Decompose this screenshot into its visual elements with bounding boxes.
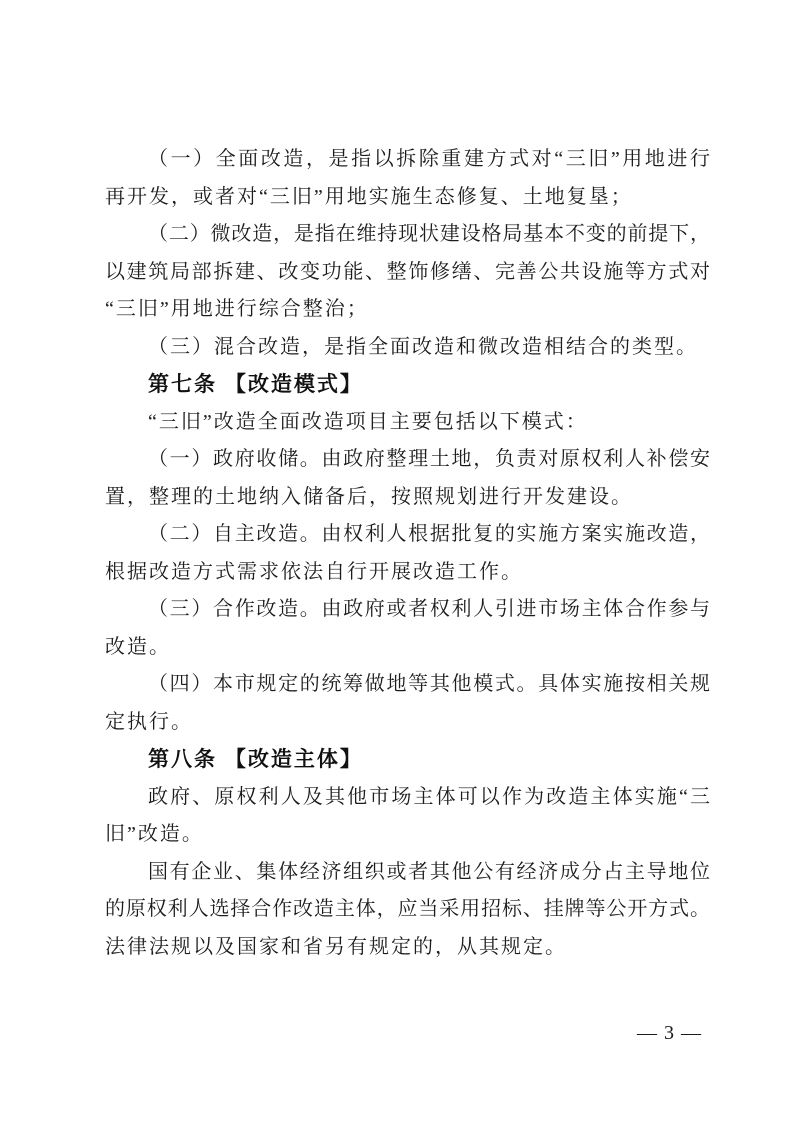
text-line: 旧”改造。 (105, 816, 710, 854)
text-line: 以建筑局部拆建、改变功能、整饰修缮、完善公共设施等方式对 (105, 254, 710, 292)
article-heading: 第七条 【改造模式】 (105, 366, 710, 404)
text-line: （三）合作改造。由政府或者权利人引进市场主体合作参与 (105, 591, 710, 629)
text-line: （四）本市规定的统筹做地等其他模式。具体实施按相关规 (105, 666, 710, 704)
text-line: 国有企业、集体经济组织或者其他公有经济成分占主导地位 (105, 854, 710, 892)
text-line: 置，整理的土地纳入储备后，按照规划进行开发建设。 (105, 479, 710, 517)
text-line: “三旧”用地进行综合整治； (105, 291, 710, 329)
text-line: （三）混合改造，是指全面改造和微改造相结合的类型。 (105, 329, 710, 367)
article-heading: 第八条 【改造主体】 (105, 741, 710, 779)
document-body: （一）全面改造，是指以拆除重建方式对“三旧”用地进行再开发，或者对“三旧”用地实… (105, 141, 710, 966)
text-line: 政府、原权利人及其他市场主体可以作为改造主体实施“三 (105, 779, 710, 817)
text-line: （一）全面改造，是指以拆除重建方式对“三旧”用地进行 (105, 141, 710, 179)
text-line: （一）政府收储。由政府整理土地，负责对原权利人补偿安 (105, 441, 710, 479)
text-line: 定执行。 (105, 704, 710, 742)
text-line: （二）微改造，是指在维持现状建设格局基本不变的前提下， (105, 216, 710, 254)
text-line: 再开发，或者对“三旧”用地实施生态修复、土地复垦； (105, 179, 710, 217)
text-line: 法律法规以及国家和省另有规定的，从其规定。 (105, 929, 710, 967)
page-number: — 3 — (637, 1022, 702, 1045)
text-line: 改造。 (105, 629, 710, 667)
text-line: （二）自主改造。由权利人根据批复的实施方案实施改造， (105, 516, 710, 554)
text-line: 根据改造方式需求依法自行开展改造工作。 (105, 554, 710, 592)
text-line: “三旧”改造全面改造项目主要包括以下模式： (105, 404, 710, 442)
document-page: （一）全面改造，是指以拆除重建方式对“三旧”用地进行再开发，或者对“三旧”用地实… (0, 0, 800, 1132)
text-line: 的原权利人选择合作改造主体，应当采用招标、挂牌等公开方式。 (105, 891, 710, 929)
